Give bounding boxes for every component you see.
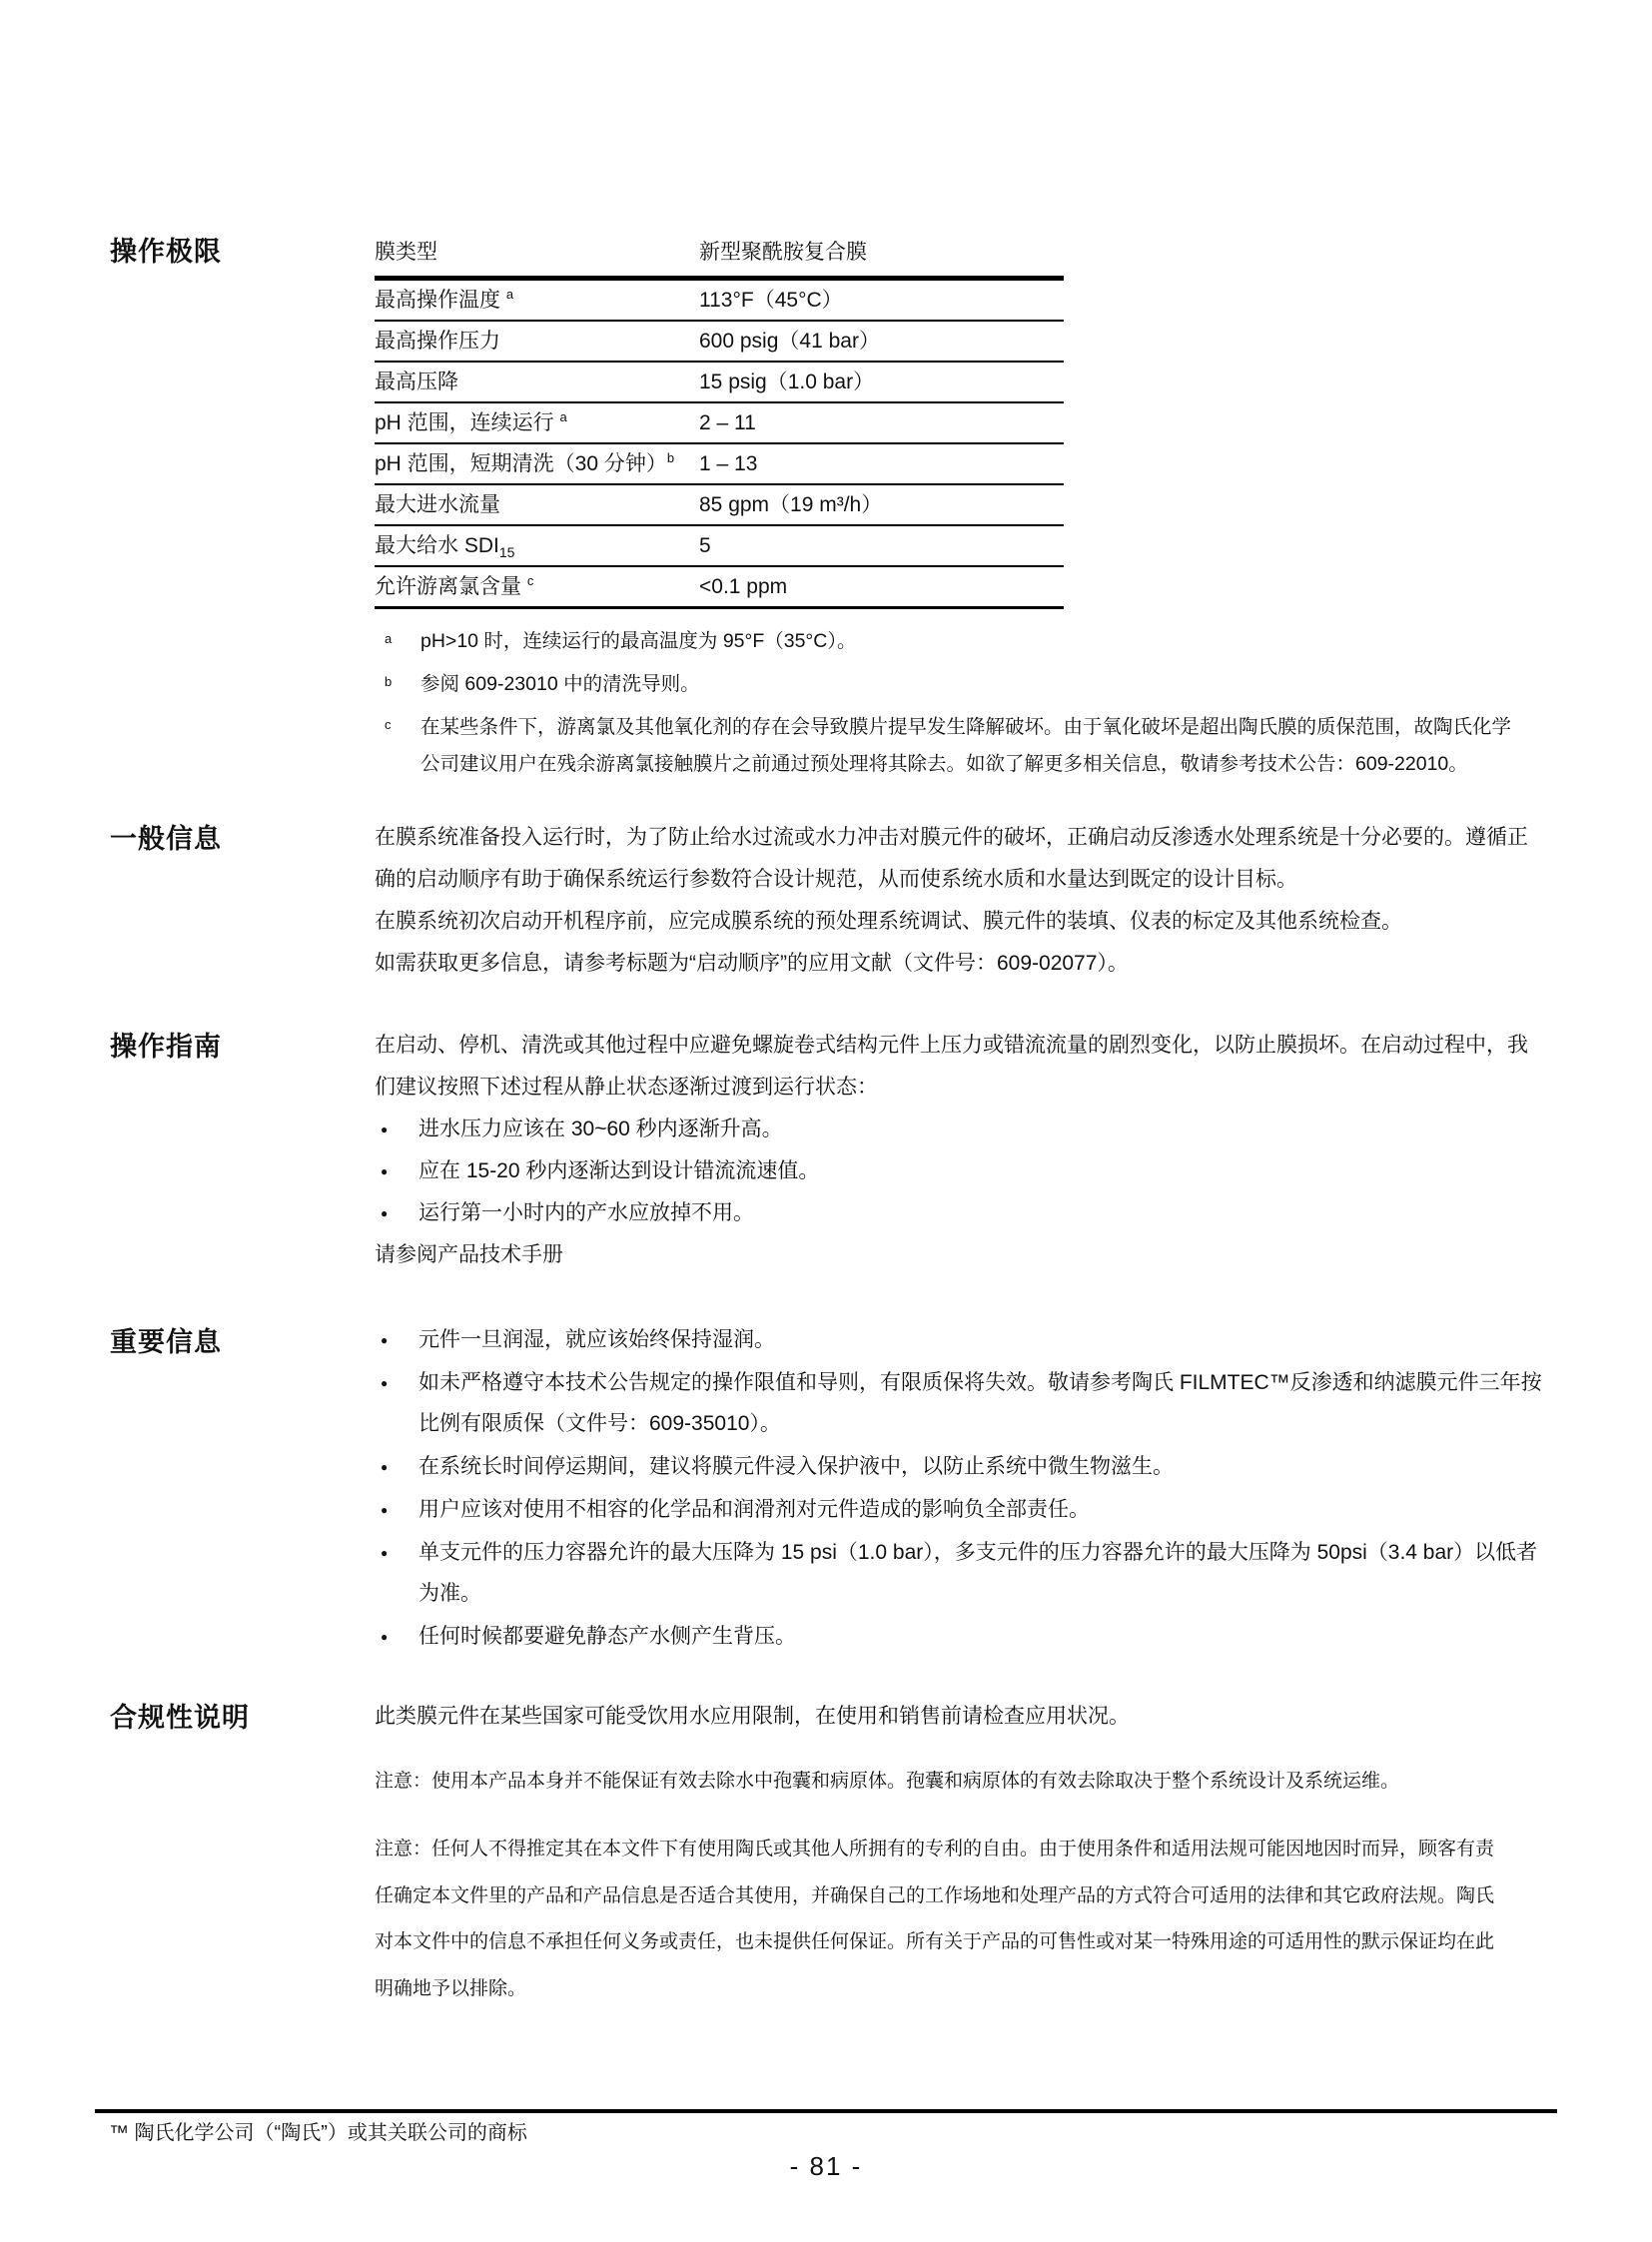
- list-item: ●元件一旦润湿，就应该始终保持湿润。: [375, 1320, 1542, 1361]
- footnote: apH>10 时，连续运行的最高温度为 95°F（35°C）。: [375, 623, 1542, 660]
- row-value: 600 psig（41 bar）: [699, 321, 1064, 363]
- table-header-label: 膜类型: [375, 232, 699, 274]
- section-compliance: 合规性说明 此类膜元件在某些国家可能受饮用水应用限制，在使用和销售前请检查应用状…: [110, 1696, 1542, 2013]
- row-label: 最大给水 SDI15: [375, 525, 699, 567]
- operating-guide-body: 在启动、停机、清洗或其他过程中应避免螺旋卷式结构元件上压力或错流流量的剧烈变化，…: [375, 1025, 1542, 1276]
- paragraph: 在启动、停机、清洗或其他过程中应避免螺旋卷式结构元件上压力或错流流量的剧烈变化，…: [375, 1025, 1542, 1109]
- section-operating-guide: 操作指南 在启动、停机、清洗或其他过程中应避免螺旋卷式结构元件上压力或错流流量的…: [110, 1025, 1542, 1276]
- table-row: 最高压降15 psig（1.0 bar）: [375, 363, 1064, 403]
- list-item: ●单支元件的压力容器允许的最大压降为 15 psi（1.0 bar），多支元件的…: [375, 1533, 1542, 1615]
- bullet-icon: ●: [375, 1617, 418, 1658]
- bullet-icon: ●: [375, 1363, 418, 1445]
- footnote-marker: c: [375, 709, 420, 783]
- row-value: 15 psig（1.0 bar）: [699, 362, 1064, 403]
- bullet-icon: ●: [375, 1447, 418, 1488]
- bullet-text: 在系统长时间停运期间，建议将膜元件浸入保护液中，以防止系统中微生物滋生。: [418, 1447, 1542, 1488]
- row-value: 2 – 11: [699, 402, 1064, 444]
- notices: 注意：使用本产品本身并不能保证有效去除水中孢囊和病原体。孢囊和病原体的有效去除取…: [375, 1766, 1542, 2013]
- subscript: 15: [499, 544, 515, 560]
- section-heading-operating-limits: 操作极限: [110, 230, 375, 789]
- section-heading-general-info: 一般信息: [110, 817, 375, 985]
- footnote-text: 在某些条件下，游离氯及其他氧化剂的存在会导致膜片提早发生降解破坏。由于氧化破坏是…: [420, 709, 1529, 783]
- footnote-marker: a: [560, 409, 567, 424]
- row-label: 最高操作压力: [375, 321, 699, 363]
- general-info-body: 在膜系统准备投入运行时，为了防止给水过流或水力冲击对膜元件的破坏，正确启动反渗透…: [375, 817, 1542, 985]
- bullet-text: 任何时候都要避免静态产水侧产生背压。: [418, 1617, 1542, 1658]
- table-row: pH 范围，连续运行 a2 – 11: [375, 403, 1064, 444]
- bullet-list: ●元件一旦润湿，就应该始终保持湿润。●如未严格遵守本技术公告规定的操作限值和导则…: [375, 1320, 1542, 1660]
- row-label: pH 范围，连续运行 a: [375, 402, 699, 444]
- bullet-icon: ●: [375, 1150, 418, 1192]
- list-item: ●任何时候都要避免静态产水侧产生背压。: [375, 1617, 1542, 1658]
- footnote-marker: a: [506, 287, 513, 302]
- document-page: 操作极限 膜类型 新型聚酰胺复合膜 最高操作温度 a113°F（45°C）最高操…: [0, 0, 1652, 2242]
- footnote: b参阅 609-23010 中的清洗导则。: [375, 666, 1542, 703]
- section-heading-operating-guide: 操作指南: [110, 1025, 375, 1276]
- bullet-text: 单支元件的压力容器允许的最大压降为 15 psi（1.0 bar），多支元件的压…: [418, 1533, 1542, 1615]
- table-row: 最大进水流量85 gpm（19 m³/h）: [375, 485, 1064, 526]
- row-label: pH 范围，短期清洗（30 分钟）b: [375, 443, 699, 485]
- bullet-text: 进水压力应该在 30~60 秒内逐渐升高。: [418, 1109, 1542, 1150]
- bullet-icon: ●: [375, 1320, 418, 1361]
- bullet-list: ●进水压力应该在 30~60 秒内逐渐升高。●应在 15-20 秒内逐渐达到设计…: [375, 1109, 1542, 1234]
- table-body: 最高操作温度 a113°F（45°C）最高操作压力600 psig（41 bar…: [375, 281, 1064, 609]
- table-header-row: 膜类型 新型聚酰胺复合膜: [375, 230, 1064, 281]
- list-item: ●进水压力应该在 30~60 秒内逐渐升高。: [375, 1109, 1542, 1150]
- paragraph: 在膜系统初次启动开机程序前，应完成膜系统的预处理系统调试、膜元件的装填、仪表的标…: [375, 901, 1542, 943]
- table-row: 允许游离氯含量 c<0.1 ppm: [375, 567, 1064, 609]
- operating-limits-table: 膜类型 新型聚酰胺复合膜 最高操作温度 a113°F（45°C）最高操作压力60…: [375, 230, 1064, 609]
- paragraph: 请参阅产品技术手册: [375, 1234, 1542, 1276]
- table-header-value: 新型聚酰胺复合膜: [699, 232, 1064, 274]
- row-value: <0.1 ppm: [699, 566, 1064, 608]
- paragraph: 此类膜元件在某些国家可能受饮用水应用限制，在使用和销售前请检查应用状况。: [375, 1696, 1542, 1738]
- row-value: 5: [699, 525, 1064, 567]
- notice-text: 注意：任何人不得推定其在本文件下有使用陶氏或其他人所拥有的专利的自由。由于使用条…: [375, 1827, 1498, 2012]
- bullet-text: 元件一旦润湿，就应该始终保持湿润。: [418, 1320, 1542, 1361]
- section-general-info: 一般信息 在膜系统准备投入运行时，为了防止给水过流或水力冲击对膜元件的破坏，正确…: [110, 817, 1542, 985]
- paragraph: 如需获取更多信息，请参考标题为“启动顺序”的应用文献（文件号：609-02077…: [375, 943, 1542, 985]
- section-important-info: 重要信息 ●元件一旦润湿，就应该始终保持湿润。●如未严格遵守本技术公告规定的操作…: [110, 1320, 1542, 1660]
- footnote-marker: b: [667, 450, 674, 465]
- page-number: - 81 -: [95, 2151, 1557, 2182]
- list-item: ●应在 15-20 秒内逐渐达到设计错流流速值。: [375, 1150, 1542, 1192]
- section-operating-limits: 操作极限 膜类型 新型聚酰胺复合膜 最高操作温度 a113°F（45°C）最高操…: [110, 230, 1542, 789]
- footnote-marker: c: [527, 573, 534, 588]
- bullet-icon: ●: [375, 1533, 418, 1615]
- footnote-text: 参阅 609-23010 中的清洗导则。: [420, 666, 1529, 703]
- bullet-text: 应在 15-20 秒内逐渐达到设计错流流速值。: [418, 1150, 1542, 1192]
- row-label: 最大进水流量: [375, 484, 699, 526]
- list-item: ●在系统长时间停运期间，建议将膜元件浸入保护液中，以防止系统中微生物滋生。: [375, 1447, 1542, 1488]
- page-footer: ™ 陶氏化学公司（“陶氏”）或其关联公司的商标 - 81 -: [95, 2109, 1557, 2182]
- row-value: 85 gpm（19 m³/h）: [699, 484, 1064, 526]
- row-value: 1 – 13: [699, 443, 1064, 485]
- bullet-text: 如未严格遵守本技术公告规定的操作限值和导则，有限质保将失效。敬请参考陶氏 FIL…: [418, 1363, 1542, 1445]
- row-label: 最高压降: [375, 362, 699, 403]
- paragraph: 在膜系统准备投入运行时，为了防止给水过流或水力冲击对膜元件的破坏，正确启动反渗透…: [375, 817, 1542, 901]
- notice-text: 注意：使用本产品本身并不能保证有效去除水中孢囊和病原体。孢囊和病原体的有效去除取…: [375, 1766, 1453, 1797]
- list-item: ●运行第一小时内的产水应放掉不用。: [375, 1192, 1542, 1234]
- list-item: ●用户应该对使用不相容的化学品和润滑剂对元件造成的影响负全部责任。: [375, 1490, 1542, 1531]
- footnote-text: pH>10 时，连续运行的最高温度为 95°F（35°C）。: [420, 623, 1529, 660]
- row-value: 113°F（45°C）: [699, 280, 1064, 322]
- section-heading-important-info: 重要信息: [110, 1320, 375, 1660]
- row-label: 允许游离氯含量 c: [375, 566, 699, 608]
- footer-trademark-note: ™ 陶氏化学公司（“陶氏”）或其关联公司的商标: [95, 2119, 1557, 2147]
- table-row: 最高操作压力600 psig（41 bar）: [375, 322, 1064, 363]
- footnote: c在某些条件下，游离氯及其他氧化剂的存在会导致膜片提早发生降解破坏。由于氧化破坏…: [375, 709, 1542, 783]
- section-heading-compliance: 合规性说明: [110, 1696, 375, 2013]
- footnote-marker: b: [375, 666, 420, 703]
- bullet-icon: ●: [375, 1490, 418, 1531]
- row-label: 最高操作温度 a: [375, 280, 699, 322]
- table-row: 最高操作温度 a113°F（45°C）: [375, 281, 1064, 322]
- list-item: ●如未严格遵守本技术公告规定的操作限值和导则，有限质保将失效。敬请参考陶氏 FI…: [375, 1363, 1542, 1445]
- bullet-text: 运行第一小时内的产水应放掉不用。: [418, 1192, 1542, 1234]
- table-row: 最大给水 SDI155: [375, 526, 1064, 567]
- table-row: pH 范围，短期清洗（30 分钟）b1 – 13: [375, 444, 1064, 485]
- compliance-body: 此类膜元件在某些国家可能受饮用水应用限制，在使用和销售前请检查应用状况。 注意：…: [375, 1696, 1542, 2013]
- footnote-marker: a: [375, 623, 420, 660]
- footnotes: apH>10 时，连续运行的最高温度为 95°F（35°C）。b参阅 609-2…: [375, 623, 1542, 783]
- bullet-icon: ●: [375, 1109, 418, 1150]
- bullet-icon: ●: [375, 1192, 418, 1234]
- bullet-text: 用户应该对使用不相容的化学品和润滑剂对元件造成的影响负全部责任。: [418, 1490, 1542, 1531]
